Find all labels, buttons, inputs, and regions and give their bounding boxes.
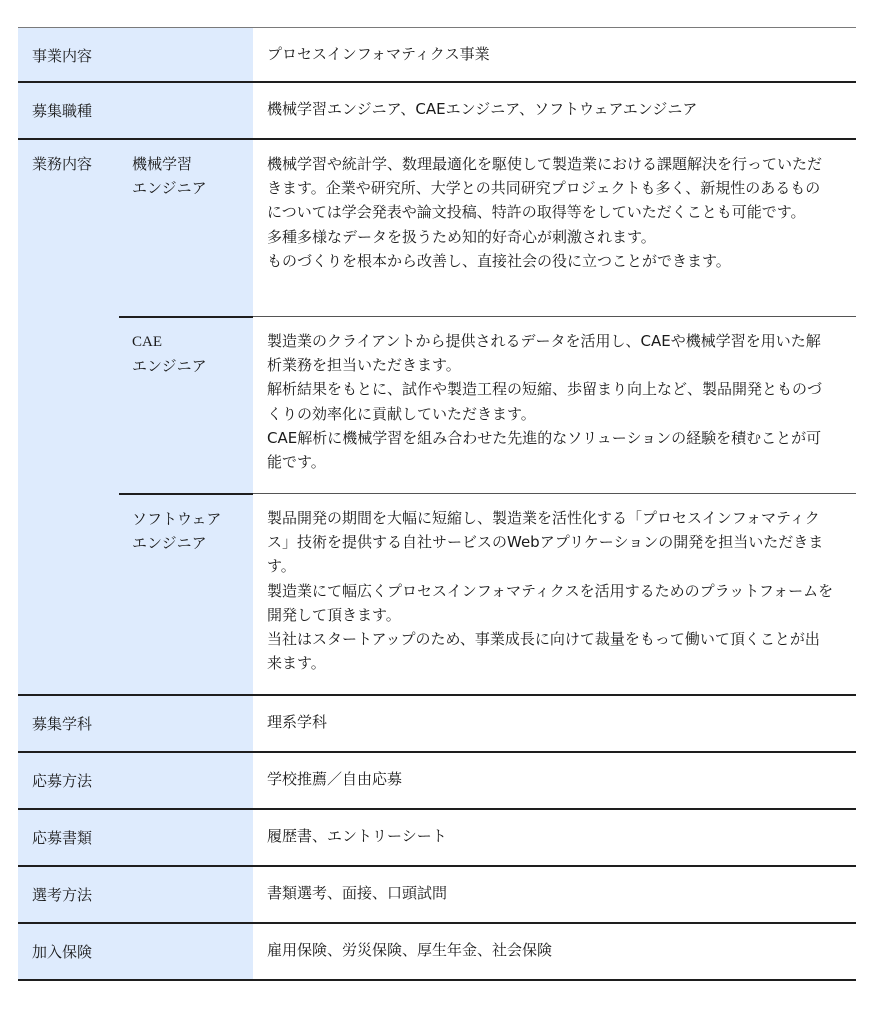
duty-subrows: 機械学習 エンジニア 機械学習や統計学、数理最適化を駆使して製造業における課題解… bbox=[119, 140, 856, 694]
row-label: 募集学科 bbox=[18, 696, 253, 751]
row-label: 事業内容 bbox=[18, 28, 253, 81]
row-positions: 募集職種 機械学習エンジニア、CAEエンジニア、ソフトウェアエンジニア bbox=[18, 83, 856, 140]
row-departments: 募集学科 理系学科 bbox=[18, 696, 856, 753]
role-description: 機械学習や統計学、数理最適化を駆使して製造業における課題解決を行っていただきます… bbox=[253, 140, 856, 316]
duty-software-engineer: ソフトウェア エンジニア 製品開発の期間を大幅に短縮し、製造業を活性化する「プロ… bbox=[119, 493, 856, 694]
row-value: 理系学科 bbox=[253, 696, 856, 751]
row-value: 機械学習エンジニア、CAEエンジニア、ソフトウェアエンジニア bbox=[253, 83, 856, 138]
row-label: 加入保険 bbox=[18, 924, 253, 979]
row-application-documents: 応募書類 履歴書、エントリーシート bbox=[18, 810, 856, 867]
row-label: 選考方法 bbox=[18, 867, 253, 922]
row-label: 業務内容 bbox=[18, 140, 119, 694]
row-label: 募集職種 bbox=[18, 83, 253, 138]
role-description: 製品開発の期間を大幅に短縮し、製造業を活性化する「プロセスインフォマティクス」技… bbox=[253, 493, 856, 694]
duty-ml-engineer: 機械学習 エンジニア 機械学習や統計学、数理最適化を駆使して製造業における課題解… bbox=[119, 140, 856, 316]
row-value: 履歴書、エントリーシート bbox=[253, 810, 856, 865]
paragraph: 当社はスタートアップのため、事業成長に向けて裁量をもって働いて頂くことが出来ます… bbox=[267, 627, 834, 675]
row-selection-method: 選考方法 書類選考、面接、口頭試問 bbox=[18, 867, 856, 924]
row-duties: 業務内容 機械学習 エンジニア 機械学習や統計学、数理最適化を駆使して製造業にお… bbox=[18, 140, 856, 696]
paragraph: 多種多様なデータを扱うため知的好奇心が刺激されます。 bbox=[267, 225, 834, 249]
role-label: CAE エンジニア bbox=[119, 316, 253, 493]
paragraph: 製造業のクライアントから提供されるデータを活用し、CAEや機械学習を用いた解析業… bbox=[267, 329, 834, 377]
row-insurance: 加入保険 雇用保険、労災保険、厚生年金、社会保険 bbox=[18, 924, 856, 981]
row-value: 雇用保険、労災保険、厚生年金、社会保険 bbox=[253, 924, 856, 979]
role-description: 製造業のクライアントから提供されるデータを活用し、CAEや機械学習を用いた解析業… bbox=[253, 316, 856, 493]
role-label: ソフトウェア エンジニア bbox=[119, 493, 253, 694]
duty-cae-engineer: CAE エンジニア 製造業のクライアントから提供されるデータを活用し、CAEや機… bbox=[119, 316, 856, 493]
paragraph: CAE解析に機械学習を組み合わせた先進的なソリューションの経験を積むことが可能で… bbox=[267, 426, 834, 474]
paragraph: 機械学習や統計学、数理最適化を駆使して製造業における課題解決を行っていただきます… bbox=[267, 152, 834, 225]
row-label: 応募書類 bbox=[18, 810, 253, 865]
role-label: 機械学習 エンジニア bbox=[119, 140, 253, 316]
paragraph: 製造業にて幅広くプロセスインフォマティクスを活用するためのプラットフォームを開発… bbox=[267, 579, 834, 627]
recruitment-info-table: 事業内容 プロセスインフォマティクス事業 募集職種 機械学習エンジニア、CAEエ… bbox=[18, 27, 856, 981]
paragraph: 解析結果をもとに、試作や製造工程の短縮、歩留まり向上など、製品開発とものづくりの… bbox=[267, 377, 834, 425]
paragraph: ものづくりを根本から改善し、直接社会の役に立つことができます。 bbox=[267, 249, 834, 273]
row-value: プロセスインフォマティクス事業 bbox=[253, 28, 856, 81]
row-application-method: 応募方法 学校推薦／自由応募 bbox=[18, 753, 856, 810]
row-business: 事業内容 プロセスインフォマティクス事業 bbox=[18, 28, 856, 83]
row-value: 書類選考、面接、口頭試問 bbox=[253, 867, 856, 922]
paragraph: 製品開発の期間を大幅に短縮し、製造業を活性化する「プロセスインフォマティクス」技… bbox=[267, 506, 834, 579]
row-value: 学校推薦／自由応募 bbox=[253, 753, 856, 808]
row-label: 応募方法 bbox=[18, 753, 253, 808]
